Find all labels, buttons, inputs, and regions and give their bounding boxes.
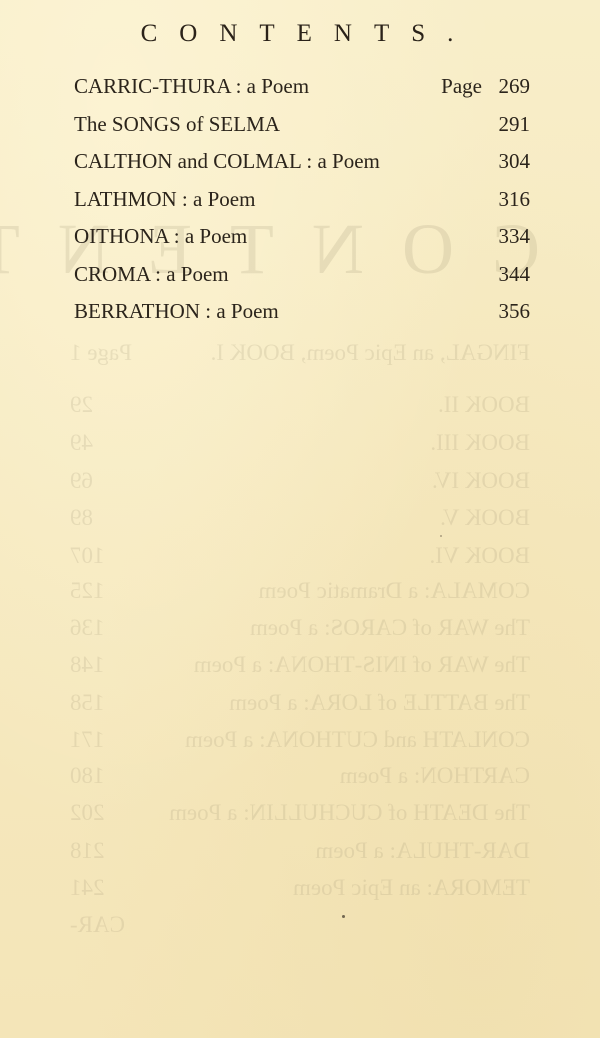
toc-entry: BERRATHON : a Poem 356 (74, 299, 530, 337)
toc-entry-right: Page 269 (441, 74, 530, 99)
toc-entry: OITHONA : a Poem 334 (74, 224, 530, 262)
toc-entry-page: 269 (492, 74, 530, 99)
toc-entry-title: OITHONA : a Poem (74, 224, 247, 249)
toc-entry-page: 316 (492, 187, 530, 212)
toc-entry-page: 356 (492, 299, 530, 324)
page-header: CONTENTS. (0, 20, 600, 48)
toc-entry: CARRIC-THURA : a Poem Page 269 (74, 74, 530, 112)
toc-entry-page: 304 (492, 149, 530, 174)
ink-speck (342, 915, 345, 918)
toc-entry: LATHMON : a Poem 316 (74, 187, 530, 225)
table-of-contents: CARRIC-THURA : a Poem Page 269 The SONGS… (74, 74, 530, 337)
toc-entry-page: 344 (492, 262, 530, 287)
toc-entry-title: CROMA : a Poem (74, 262, 229, 287)
toc-entry-title: The SONGS of SELMA (74, 112, 280, 137)
toc-entry-title: LATHMON : a Poem (74, 187, 255, 212)
ink-speck (440, 535, 442, 537)
toc-entry-title: CARRIC-THURA : a Poem (74, 74, 309, 99)
toc-entry: CALTHON and COLMAL : a Poem 304 (74, 149, 530, 187)
toc-entry-title: CALTHON and COLMAL : a Poem (74, 149, 380, 174)
toc-entry-title: BERRATHON : a Poem (74, 299, 279, 324)
page-label: Page (441, 74, 482, 99)
toc-entry-page: 334 (492, 224, 530, 249)
toc-entry: CROMA : a Poem 344 (74, 262, 530, 300)
toc-entry: The SONGS of SELMA 291 (74, 112, 530, 150)
toc-entry-page: 291 (492, 112, 530, 137)
